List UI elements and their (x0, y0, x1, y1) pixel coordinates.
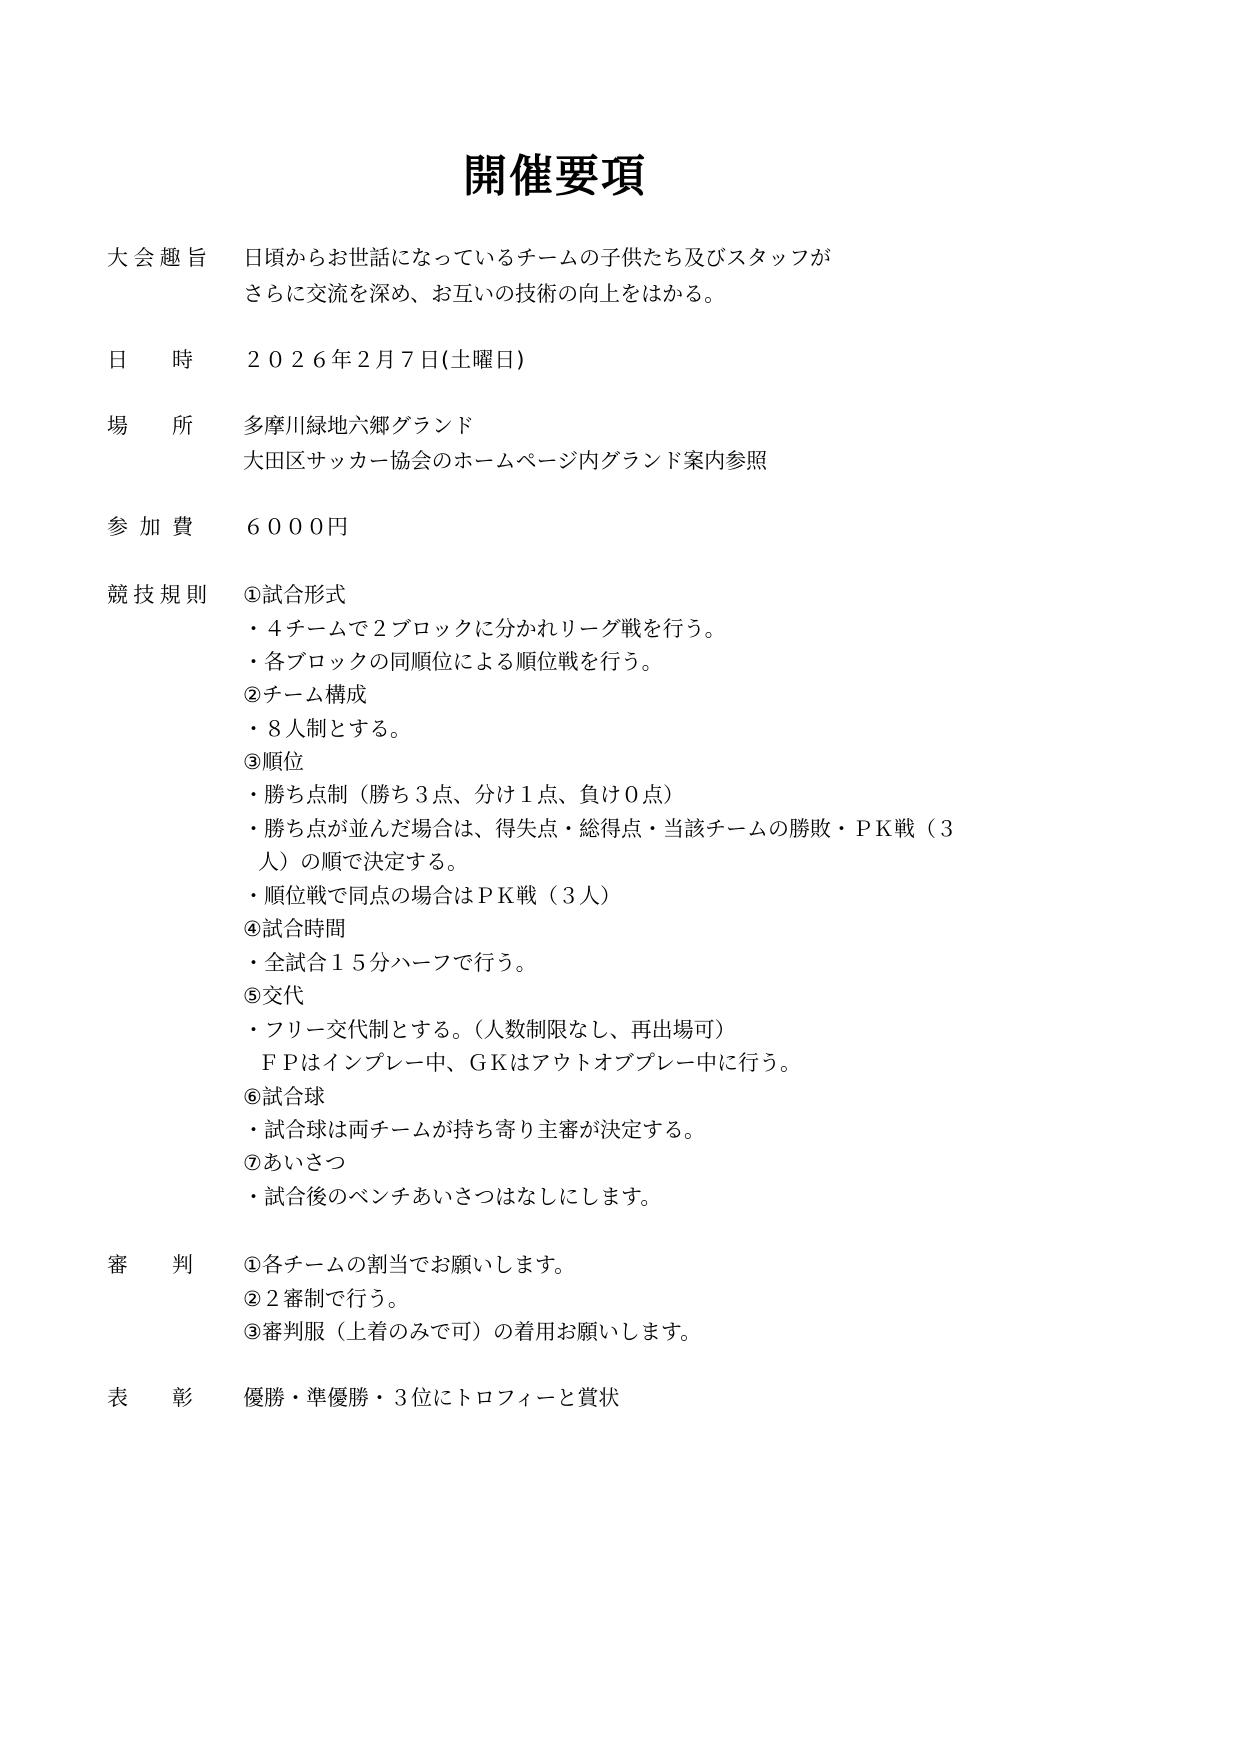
section-label-rules: 競 技 規 則 (107, 579, 207, 609)
label-char: 日 (107, 344, 128, 374)
label-char: 参 (107, 511, 128, 541)
referee-item: ③審判服（上着のみで可）の着用お願いします。 (243, 1316, 701, 1346)
rules-item: ・試合球は両チームが持ち寄り主審が決定する。 (243, 1114, 705, 1144)
label-char: 費 (172, 511, 193, 541)
label-char: 審 (107, 1249, 128, 1279)
section-label-fee: 参 加 費 (107, 511, 193, 541)
rules-heading: ①試合形式 (243, 579, 346, 609)
rules-item-continued: ＦＰはインプレー中、ＧＫはアウトオブプレー中に行う。 (258, 1047, 801, 1077)
venue-name: 多摩川緑地六郷グランド (243, 410, 474, 440)
label-char: 彰 (172, 1382, 193, 1412)
label-char: 趣 (160, 242, 181, 272)
label-char: 競 (107, 579, 128, 609)
rules-item: ・試合後のベンチあいさつはなしにします。 (243, 1181, 661, 1211)
datetime-value: ２０２６年２月７日(土曜日) (243, 344, 525, 374)
purpose-line: 日頃からお世話になっているチームの子供たち及びスタッフが (243, 242, 831, 272)
label-char: 会 (133, 242, 154, 272)
label-char: 時 (172, 344, 193, 374)
label-char: 技 (133, 579, 154, 609)
awards-value: 優勝・準優勝・３位にトロフィーと賞状 (243, 1382, 619, 1412)
referee-item: ①各チームの割当でお願いします。 (243, 1249, 575, 1279)
rules-item: ・各ブロックの同順位による順位戦を行う。 (243, 646, 663, 676)
purpose-line: さらに交流を深め、お互いの技術の向上をはかる。 (243, 278, 725, 308)
label-char: 表 (107, 1382, 128, 1412)
rules-heading: ⑦あいさつ (243, 1147, 346, 1177)
rules-heading: ②チーム構成 (243, 679, 367, 709)
label-char: 場 (107, 410, 128, 440)
rules-item: ・順位戦で同点の場合はＰＫ戦（３人） (243, 880, 621, 910)
page-title: 開催要項 (0, 140, 1110, 204)
section-label-purpose: 大 会 趣 旨 (107, 242, 207, 272)
section-label-referee: 審 判 (107, 1249, 193, 1279)
fee-value: ６０００円 (243, 511, 348, 541)
rules-item-continued: 人）の順で決定する。 (258, 846, 468, 876)
section-label-datetime: 日 時 (107, 344, 193, 374)
venue-note: 大田区サッカー協会のホームページ内グランド案内参照 (243, 445, 767, 475)
label-char: 加 (140, 511, 161, 541)
rules-item: ・勝ち点が並んだ場合は、得失点・総得点・当該チームの勝敗・ＰＫ戦（３ (243, 813, 957, 843)
rules-heading: ⑤交代 (243, 980, 304, 1010)
label-char: 大 (107, 242, 128, 272)
section-label-venue: 場 所 (107, 410, 193, 440)
rules-item: ・８人制とする。 (243, 713, 411, 743)
referee-item: ②２審制で行う。 (243, 1283, 409, 1313)
rules-heading: ③順位 (243, 746, 304, 776)
rules-item: ・全試合１５分ハーフで行う。 (243, 947, 537, 977)
label-char: 規 (160, 579, 181, 609)
rules-item: ・フリー交代制とする。（人数制限なし、再出場可） (243, 1014, 736, 1044)
rules-heading: ⑥試合球 (243, 1081, 325, 1111)
section-label-awards: 表 彰 (107, 1382, 193, 1412)
label-char: 判 (172, 1249, 193, 1279)
rules-item: ・勝ち点制（勝ち３点、分け１点、負け０点） (243, 779, 684, 809)
rules-heading: ④試合時間 (243, 913, 346, 943)
label-char: 所 (172, 410, 193, 440)
rules-item: ・４チームで２ブロックに分かれリーグ戦を行う。 (243, 613, 726, 643)
label-char: 則 (186, 579, 207, 609)
label-char: 旨 (186, 242, 207, 272)
